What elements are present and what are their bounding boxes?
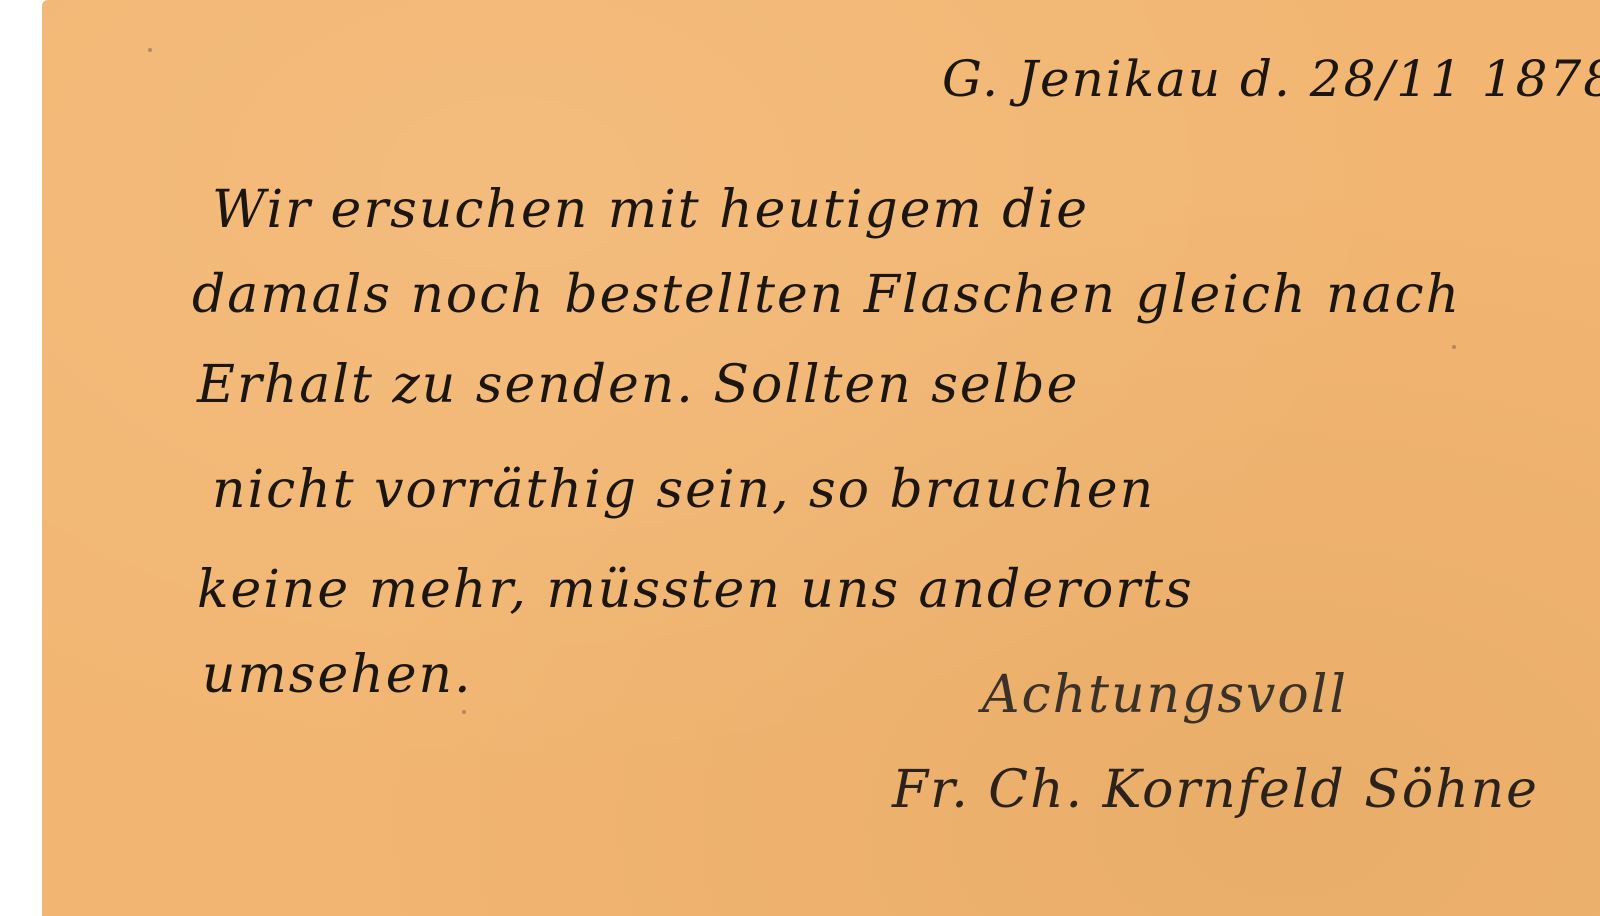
signature: Fr. Ch. Kornfeld Söhne <box>892 760 1539 820</box>
body-line: Wir ersuchen mit heutigem die <box>212 180 1089 240</box>
dateline: G. Jenikau d. 28/11 1878 <box>942 50 1600 108</box>
body-line: keine mehr, müssten uns anderorts <box>197 560 1194 620</box>
postcard: G. Jenikau d. 28/11 1878 Wir ersuchen mi… <box>42 0 1600 916</box>
body-line: umsehen. <box>202 645 473 705</box>
closing: Achtungsvoll <box>982 665 1348 725</box>
body-line: Erhalt zu senden. Sollten selbe <box>197 355 1079 415</box>
paper-speck <box>148 48 152 52</box>
paper-speck <box>1452 345 1456 349</box>
paper-speck <box>462 710 466 714</box>
body-line: damals noch bestellten Flaschen gleich n… <box>192 265 1461 325</box>
body-line: nicht vorräthig sein, so brauchen <box>212 460 1155 520</box>
